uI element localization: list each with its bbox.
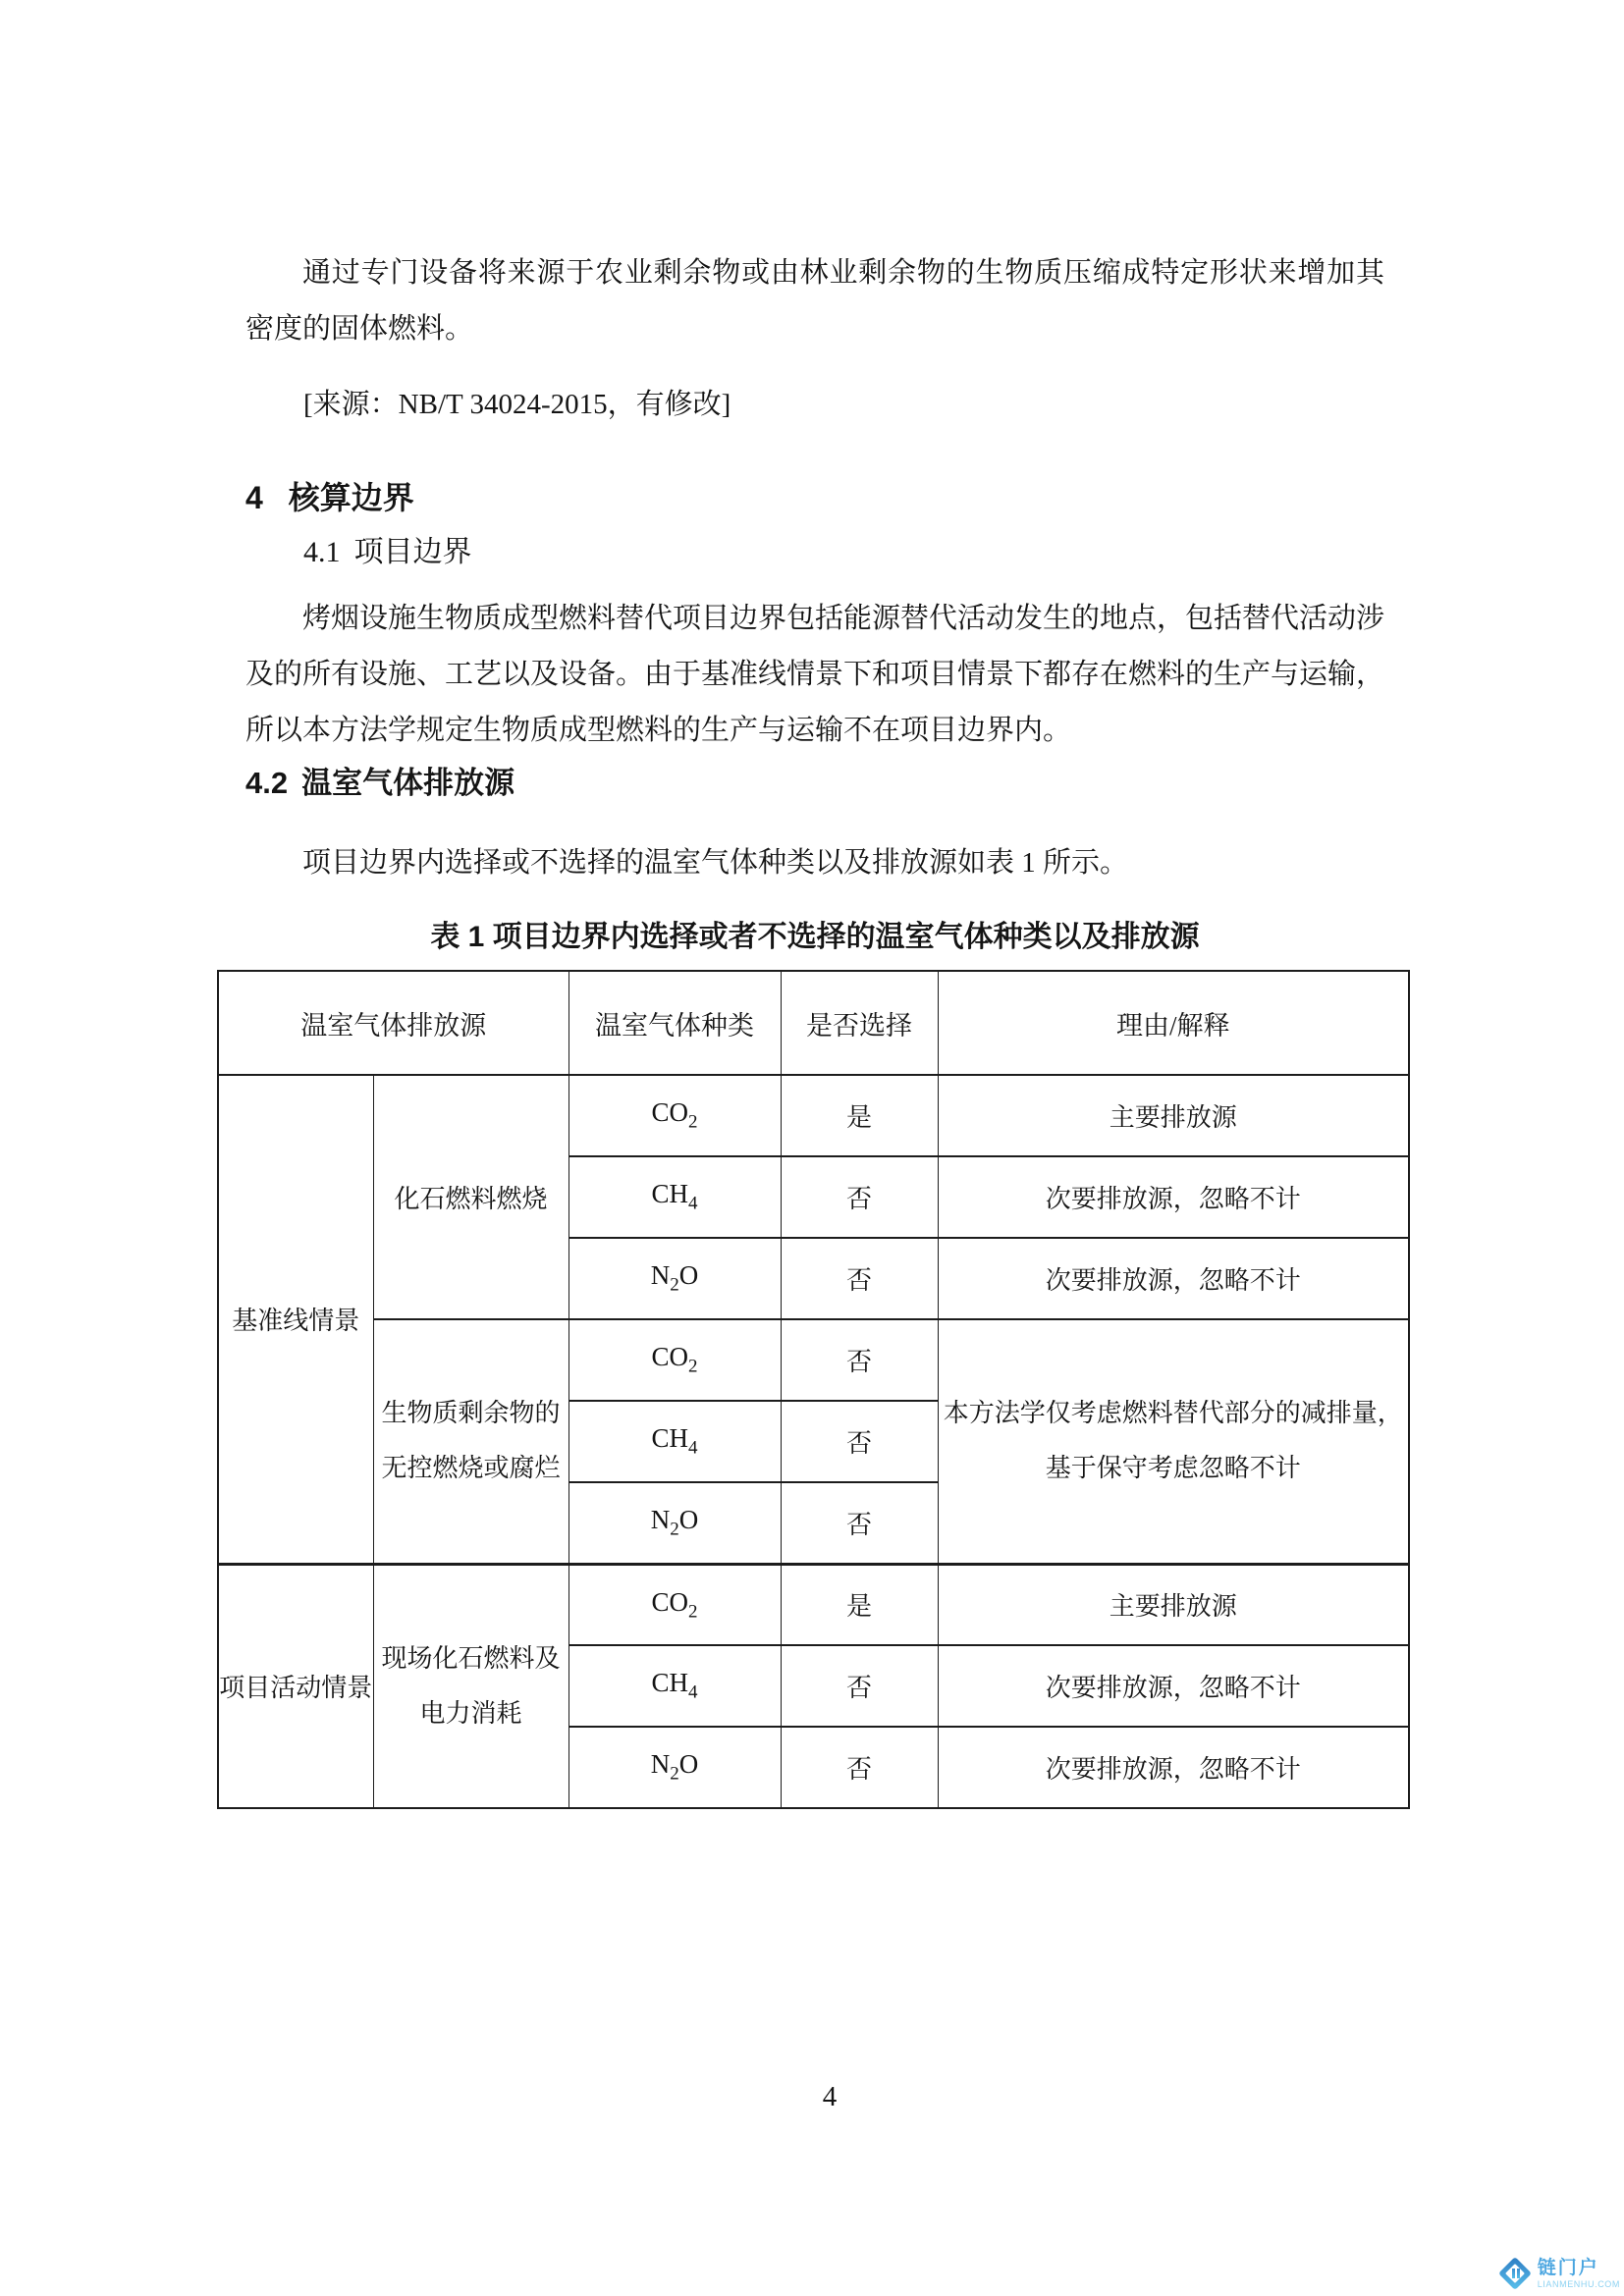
section-4-1-body-line-1: 烤烟设施生物质成型燃料替代项目边界包括能源替代活动发生的地点，包括替代活动涉 <box>245 591 1384 647</box>
selected-cell: 是 <box>781 1075 938 1156</box>
merged-reason-line-2: 基于保守考虑忽略不计 <box>939 1441 1409 1496</box>
gas-subscript: 2 <box>670 1519 679 1539</box>
merged-reason-line-1: 本方法学仅考虑燃料替代部分的减排量， <box>939 1386 1409 1441</box>
table-1-title: 表 1 项目边界内选择或者不选择的温室气体种类以及排放源 <box>245 917 1384 958</box>
diamond-bar-right <box>1517 2269 1520 2278</box>
header-reason: 理由/解释 <box>938 971 1409 1075</box>
reason-cell-merged: 本方法学仅考虑燃料替代部分的减排量， 基于保守考虑忽略不计 <box>938 1319 1409 1564</box>
section-4-1-body-line-2: 及的所有设施、工艺以及设备。由于基准线情景下和项目情景下都存在燃料的生产与运输， <box>245 647 1384 703</box>
reason-cell: 主要排放源 <box>938 1564 1409 1645</box>
source-reference: [来源：NB/T 34024-2015，有修改] <box>245 377 1384 432</box>
reason-cell: 次要排放源，忽略不计 <box>938 1238 1409 1319</box>
table-row: 生物质剩余物的 无控燃烧或腐烂 CO2 否 本方法学仅考虑燃料替代部分的减排量，… <box>218 1319 1409 1401</box>
definition-paragraph: 通过专门设备将来源于农业剩余物或由林业剩余物的生物质压缩成特定形状来增加其 密度… <box>245 0 1384 357</box>
gas-formula: N <box>651 1505 671 1534</box>
gas-subscript: 2 <box>688 1357 698 1377</box>
gas-formula-suffix: O <box>679 1749 699 1779</box>
gas-subscript: 4 <box>688 1438 698 1459</box>
selected-cell: 否 <box>781 1645 938 1727</box>
definition-line-2: 密度的固体燃料。 <box>245 301 1384 357</box>
gas-cell: CH4 <box>568 1156 781 1238</box>
section-4-title: 核算边界 <box>289 480 414 515</box>
section-4-2-heading: 4.2温室气体排放源 <box>245 763 1384 804</box>
source-onsite-line-1: 现场化石燃料及 <box>374 1631 568 1686</box>
gas-subscript: 2 <box>670 1764 679 1785</box>
page-content: 通过专门设备将来源于农业剩余物或由林业剩余物的生物质压缩成特定形状来增加其 密度… <box>245 0 1384 1809</box>
source-cell-onsite-fossil-electricity: 现场化石燃料及 电力消耗 <box>373 1564 568 1808</box>
section-4-number: 4 <box>245 480 263 515</box>
selected-cell: 否 <box>781 1238 938 1319</box>
gas-cell: N2O <box>568 1482 781 1564</box>
gas-cell: N2O <box>568 1727 781 1808</box>
source-cell-fossil-fuel: 化石燃料燃烧 <box>373 1075 568 1319</box>
gas-formula: CO <box>651 1587 688 1617</box>
selected-cell: 否 <box>781 1156 938 1238</box>
table-row: 基准线情景 化石燃料燃烧 CO2 是 主要排放源 <box>218 1075 1409 1156</box>
header-selected: 是否选择 <box>781 971 938 1075</box>
selected-cell: 否 <box>781 1482 938 1564</box>
selected-cell: 否 <box>781 1401 938 1482</box>
section-4-2-title: 温室气体排放源 <box>301 766 514 800</box>
reason-cell: 次要排放源，忽略不计 <box>938 1727 1409 1808</box>
definition-line-1: 通过专门设备将来源于农业剩余物或由林业剩余物的生物质压缩成特定形状来增加其 <box>245 245 1384 301</box>
diamond-bar-left <box>1512 2269 1515 2278</box>
selected-cell: 否 <box>781 1727 938 1808</box>
scenario-cell-project: 项目活动情景 <box>218 1564 373 1808</box>
gas-formula: N <box>651 1260 671 1290</box>
source-biomass-line-1: 生物质剩余物的 <box>374 1386 568 1441</box>
page-number: 4 <box>18 2081 1624 2113</box>
watermark-diamond-icon <box>1499 2258 1531 2289</box>
gas-formula: CH <box>651 1668 688 1697</box>
gas-cell: CO2 <box>568 1075 781 1156</box>
gas-formula: N <box>651 1749 671 1779</box>
section-4-1-body: 烤烟设施生物质成型燃料替代项目边界包括能源替代活动发生的地点，包括替代活动涉 及… <box>245 591 1384 759</box>
header-gas-type: 温室气体种类 <box>568 971 781 1075</box>
gas-cell: CH4 <box>568 1401 781 1482</box>
table-header-row: 温室气体排放源 温室气体种类 是否选择 理由/解释 <box>218 971 1409 1075</box>
ghg-table: 温室气体排放源 温室气体种类 是否选择 理由/解释 基准线情景 化石燃料燃烧 C… <box>217 970 1410 1809</box>
gas-subscript: 2 <box>670 1275 679 1296</box>
reason-cell: 次要排放源，忽略不计 <box>938 1645 1409 1727</box>
gas-formula-suffix: O <box>679 1260 699 1290</box>
section-4-1-body-line-3: 所以本方法学规定生物质成型燃料的生产与运输不在项目边界内。 <box>245 703 1384 759</box>
header-emission-source: 温室气体排放源 <box>218 971 568 1075</box>
reason-cell: 次要排放源，忽略不计 <box>938 1156 1409 1238</box>
watermark-logo: 链门户 LIANMENHU.COM <box>1499 2258 1620 2289</box>
section-4-1-number: 4.1 <box>303 536 341 568</box>
watermark-text: 链门户 LIANMENHU.COM <box>1538 2259 1620 2289</box>
gas-subscript: 2 <box>688 1601 698 1622</box>
gas-cell: N2O <box>568 1238 781 1319</box>
section-4-heading: 4核算边界 <box>245 477 1384 518</box>
gas-formula: CO <box>651 1097 688 1127</box>
gas-subscript: 4 <box>688 1682 698 1703</box>
selected-cell: 否 <box>781 1319 938 1401</box>
gas-cell: CO2 <box>568 1564 781 1645</box>
gas-formula-suffix: O <box>679 1505 699 1534</box>
scenario-cell-baseline: 基准线情景 <box>218 1075 373 1564</box>
document-page: 通过专门设备将来源于农业剩余物或由林业剩余物的生物质压缩成特定形状来增加其 密度… <box>0 0 1624 2296</box>
gas-formula: CH <box>651 1423 688 1453</box>
selected-cell: 是 <box>781 1564 938 1645</box>
reason-cell: 主要排放源 <box>938 1075 1409 1156</box>
source-cell-biomass-residue: 生物质剩余物的 无控燃烧或腐烂 <box>373 1319 568 1564</box>
watermark-site-url: LIANMENHU.COM <box>1538 2280 1620 2289</box>
gas-cell: CH4 <box>568 1645 781 1727</box>
table-row: 项目活动情景 现场化石燃料及 电力消耗 CO2 是 主要排放源 <box>218 1564 1409 1645</box>
source-biomass-line-2: 无控燃烧或腐烂 <box>374 1441 568 1496</box>
gas-formula: CO <box>651 1342 688 1371</box>
gas-cell: CO2 <box>568 1319 781 1401</box>
watermark-brand-name: 链门户 <box>1538 2259 1620 2277</box>
section-4-2-number: 4.2 <box>245 766 288 800</box>
gas-subscript: 4 <box>688 1194 698 1214</box>
section-4-2-body: 项目边界内选择或不选择的温室气体种类以及排放源如表 1 所示。 <box>245 835 1384 891</box>
source-onsite-line-2: 电力消耗 <box>374 1686 568 1741</box>
section-4-1-title: 项目边界 <box>354 536 472 568</box>
gas-subscript: 2 <box>688 1112 698 1133</box>
section-4-1-heading: 4.1项目边界 <box>245 532 1384 573</box>
gas-formula: CH <box>651 1179 688 1208</box>
